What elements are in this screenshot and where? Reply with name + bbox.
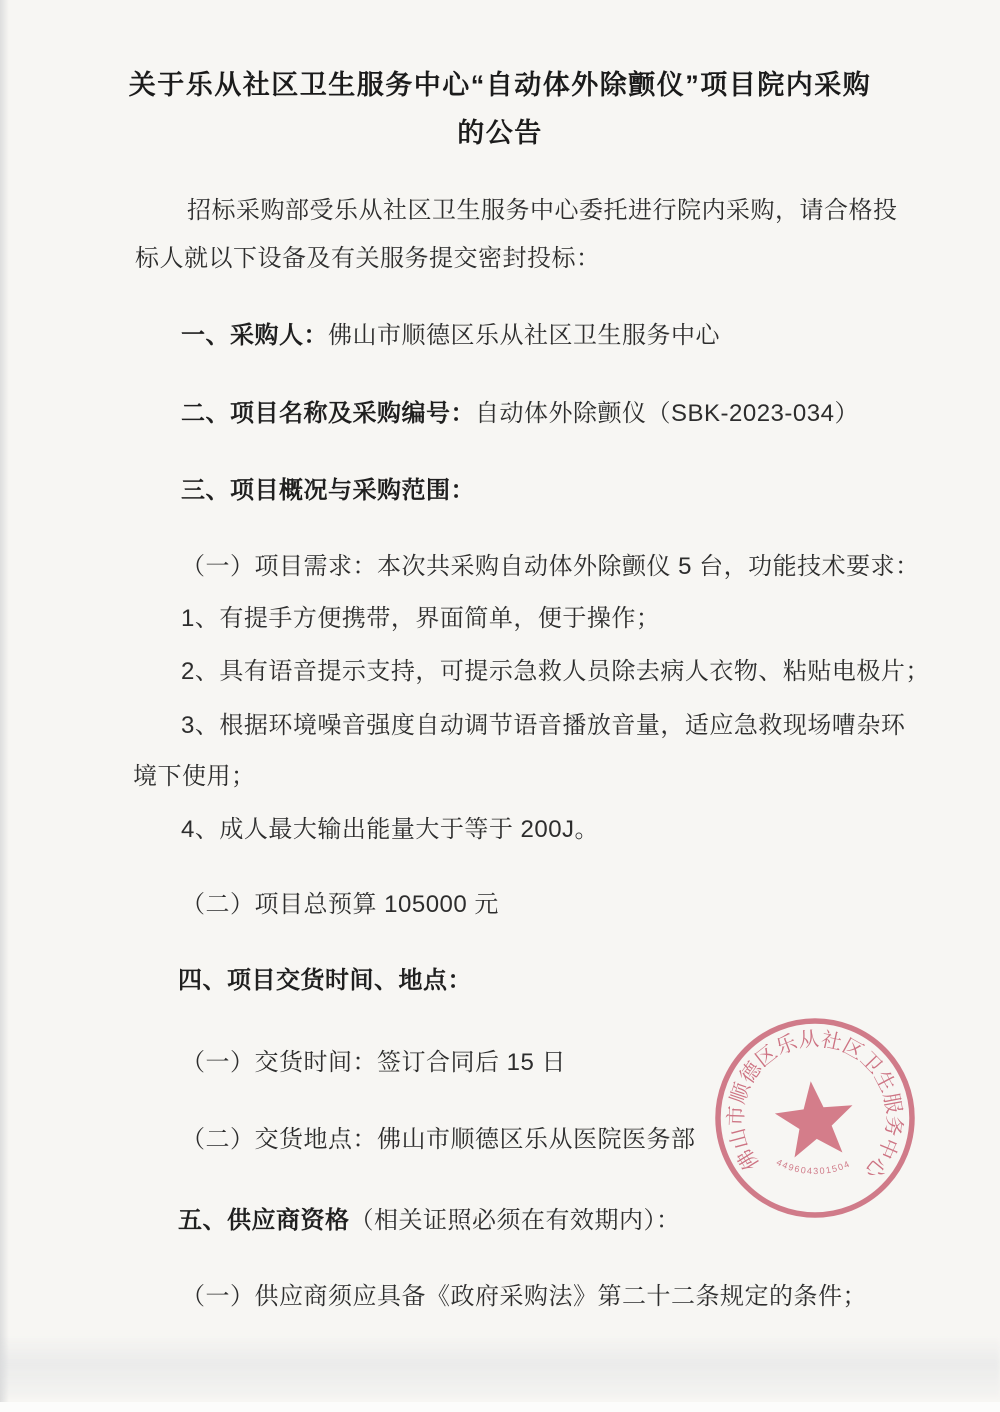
section-purchaser-label: 一、采购人： bbox=[181, 322, 328, 349]
section-overview-heading: 三、项目概况与采购范围： bbox=[181, 476, 475, 506]
section-purchaser: 一、采购人：佛山市顺德区乐从社区卫生服务中心 bbox=[181, 321, 720, 351]
delivery-time: （一）交货时间：签订合同后 15 日 bbox=[181, 1048, 566, 1078]
overview-demand: （一）项目需求：本次共采购自动体外除颤仪 5 台，功能技术要求： bbox=[181, 552, 920, 582]
seal-serial-number: 449604301504 bbox=[775, 1157, 852, 1176]
overview-req2: 2、具有语音提示支持，可提示急救人员除去病人衣物、粘贴电极片； bbox=[181, 657, 930, 687]
section-project: 二、项目名称及采购编号：自动体外除颤仪（SBK-2023-034） bbox=[181, 399, 859, 429]
section-project-label: 二、项目名称及采购编号： bbox=[181, 400, 475, 427]
doc-title-line2: 的公告 bbox=[0, 118, 1000, 148]
intro-paragraph-line2: 标人就以下设备及有关服务提交密封投标： bbox=[135, 244, 601, 274]
section-qualification-note: （相关证照必须在有效期内）： bbox=[350, 1207, 681, 1234]
overview-budget: （二）项目总预算 105000 元 bbox=[181, 890, 499, 920]
section-delivery-heading: 四、项目交货时间、地点： bbox=[178, 966, 472, 996]
overview-req1: 1、有提手方便携带，界面简单，便于操作； bbox=[181, 604, 660, 634]
overview-req3-line1: 3、根据环境噪音强度自动调节语音播放音量，适应急救现场嘈杂环 bbox=[181, 711, 905, 741]
overview-req3-line2: 境下使用； bbox=[133, 762, 256, 792]
intro-paragraph-line1: 招标采购部受乐从社区卫生服务中心委托进行院内采购，请合格投 bbox=[187, 196, 898, 226]
scan-bottom-strip bbox=[0, 1402, 1000, 1412]
scan-artifact-band bbox=[0, 1336, 1000, 1398]
seal-star-icon bbox=[772, 1077, 857, 1159]
official-seal: 佛山市顺德区乐从社区卫生服务中心 449604301504 bbox=[703, 1006, 927, 1230]
section-project-value: 自动体外除颤仪（SBK-2023-034） bbox=[475, 400, 859, 427]
scan-edge-shadow bbox=[0, 0, 10, 1412]
section-purchaser-value: 佛山市顺德区乐从社区卫生服务中心 bbox=[328, 322, 720, 349]
delivery-place: （二）交货地点：佛山市顺德区乐从医院医务部 bbox=[181, 1125, 696, 1155]
section-qualification: 五、供应商资格（相关证照必须在有效期内）： bbox=[178, 1206, 681, 1236]
svg-text:449604301504: 449604301504 bbox=[775, 1157, 852, 1176]
document-page: 关于乐从社区卫生服务中心“自动体外除颤仪”项目院内采购 的公告 招标采购部受乐从… bbox=[0, 0, 1000, 1412]
section-qualification-label: 五、供应商资格 bbox=[178, 1207, 350, 1234]
overview-req4: 4、成人最大输出能量大于等于 200J。 bbox=[181, 815, 599, 845]
qualification-item1: （一）供应商须应具备《政府采购法》第二十二条规定的条件； bbox=[181, 1282, 867, 1312]
doc-title-line1: 关于乐从社区卫生服务中心“自动体外除颤仪”项目院内采购 bbox=[0, 70, 1000, 100]
